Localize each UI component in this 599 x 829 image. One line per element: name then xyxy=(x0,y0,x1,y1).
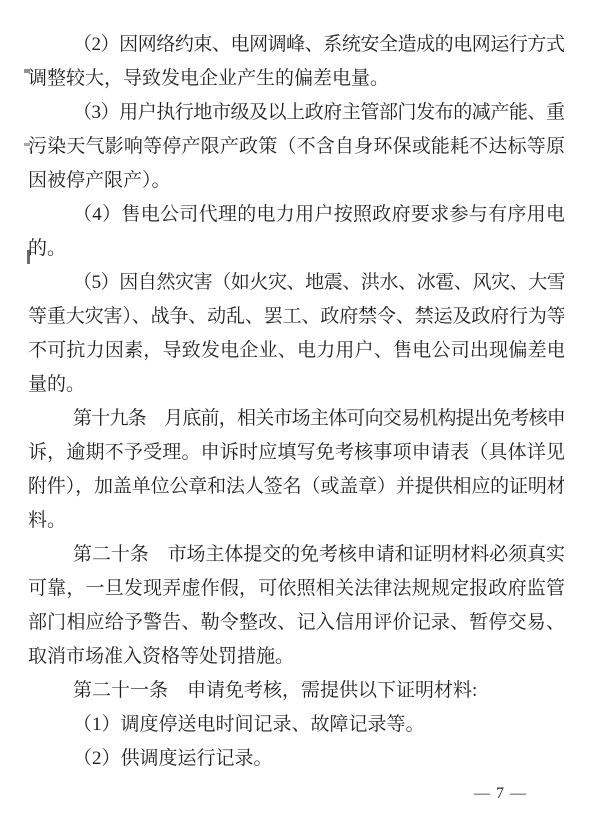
scan-artifact xyxy=(27,250,30,264)
text-line: 部门相应给予警告、勒令整改、记入信用评价记录、暂停交易、 xyxy=(28,606,564,640)
text-line: （4）售电公司代理的电力用户按照政府要求参与有序用电 xyxy=(28,198,564,232)
text-line: 污染天气影响等停产限产政策（不含自身环保或能耗不达标等原 xyxy=(28,130,564,164)
paragraph: 第十九条 月底前，相关市场主体可向交易机构提出免考核申 诉，逾期不予受理。申诉时… xyxy=(28,402,564,538)
text-line: 调整较大，导致发电企业产生的偏差电量。 xyxy=(28,62,564,96)
text-line: 等重大灾害）、战争、动乱、罢工、政府禁令、禁运及政府行为等 xyxy=(28,300,564,334)
paragraph: （1）调度停送电时间记录、故障记录等。 xyxy=(28,708,564,742)
paragraph: （3）用户执行地市级及以上政府主管部门发布的减产能、重 污染天气影响等停产限产政… xyxy=(28,96,564,198)
paragraph: （4）售电公司代理的电力用户按照政府要求参与有序用电 的。 xyxy=(28,198,564,266)
paragraph: 第二十条 市场主体提交的免考核申请和证明材料必须真实 可靠，一旦发现弄虚作假，可… xyxy=(28,538,564,674)
text-line: （1）调度停送电时间记录、故障记录等。 xyxy=(28,708,564,742)
text-line: （3）用户执行地市级及以上政府主管部门发布的减产能、重 xyxy=(28,96,564,130)
text-line: 第十九条 月底前，相关市场主体可向交易机构提出免考核申 xyxy=(28,402,564,436)
text-line: 第二十条 市场主体提交的免考核申请和证明材料必须真实 xyxy=(28,538,564,572)
text-line: 量的。 xyxy=(28,368,564,402)
paragraph: （2）因网络约束、电网调峰、系统安全造成的电网运行方式 调整较大，导致发电企业产… xyxy=(28,28,564,96)
page-number: — 7 — xyxy=(474,783,599,805)
text-line: （2）供调度运行记录。 xyxy=(28,742,564,776)
text-line: 不可抗力因素，导致发电企业、电力用户、售电公司出现偏差电 xyxy=(28,334,564,368)
text-line: （2）因网络约束、电网调峰、系统安全造成的电网运行方式 xyxy=(28,28,564,62)
paragraph: （2）供调度运行记录。 xyxy=(28,742,564,776)
text-line: 第二十一条 申请免考核，需提供以下证明材料: xyxy=(28,674,564,708)
document-body: （2）因网络约束、电网调峰、系统安全造成的电网运行方式 调整较大，导致发电企业产… xyxy=(28,28,564,776)
document-page: （2）因网络约束、电网调峰、系统安全造成的电网运行方式 调整较大，导致发电企业产… xyxy=(0,0,599,829)
page-footer: — 7 — xyxy=(0,783,599,805)
text-line: 附件），加盖单位公章和法人签名（或盖章）并提供相应的证明材 xyxy=(28,470,564,504)
text-line: 诉，逾期不予受理。申诉时应填写免考核事项申请表（具体详见 xyxy=(28,436,564,470)
text-line: 可靠，一旦发现弄虚作假，可依照相关法律法规规定报政府监管 xyxy=(28,572,564,606)
scan-artifact xyxy=(24,69,30,73)
scan-artifact xyxy=(24,143,30,146)
text-line: 的。 xyxy=(28,232,564,266)
text-line: （5）因自然灾害（如火灾、地震、洪水、冰雹、风灾、大雪 xyxy=(28,266,564,300)
paragraph: 第二十一条 申请免考核，需提供以下证明材料: xyxy=(28,674,564,708)
text-line: 因被停产限产）。 xyxy=(28,164,564,198)
text-line: 料。 xyxy=(28,504,564,538)
paragraph: （5）因自然灾害（如火灾、地震、洪水、冰雹、风灾、大雪 等重大灾害）、战争、动乱… xyxy=(28,266,564,402)
text-line: 取消市场准入资格等处罚措施。 xyxy=(28,640,564,674)
